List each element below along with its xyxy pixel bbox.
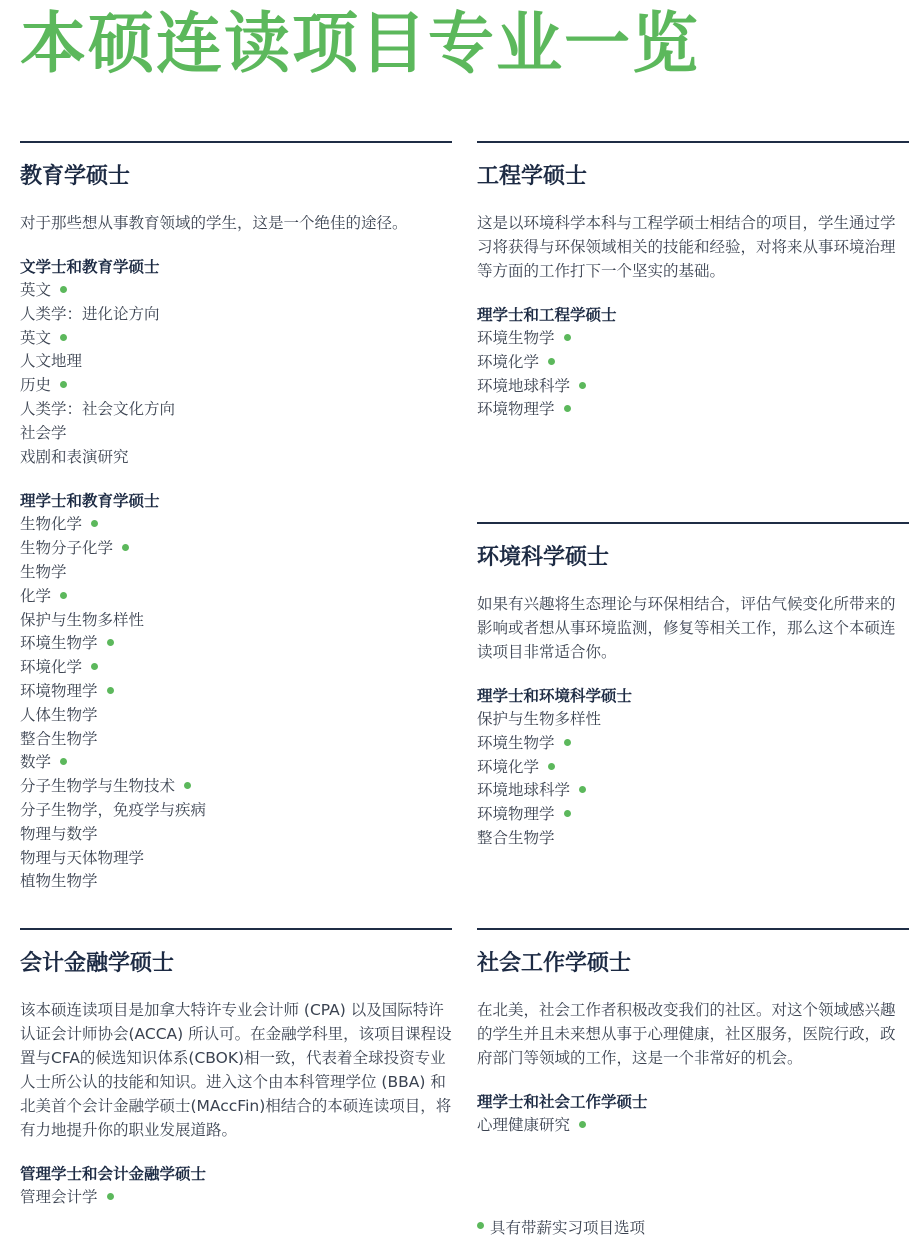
major-item: 保护与生物多样性 — [20, 609, 452, 633]
major-item: 环境物理学 — [477, 398, 909, 422]
major-item: 保护与生物多样性 — [477, 708, 909, 732]
section-description: 这是以环境科学本科与工程学硕士相结合的项目，学生通过学习将获得与环保领域相关的技… — [477, 211, 909, 283]
major-item: 心理健康研究 — [477, 1114, 909, 1138]
program-group-title: 理学士和教育学硕士 — [20, 489, 452, 513]
major-label: 心理健康研究 — [477, 1116, 570, 1134]
major-label: 环境生物学 — [477, 329, 555, 347]
major-label: 环境地球科学 — [477, 781, 570, 799]
major-label: 管理会计学 — [20, 1188, 98, 1206]
section-title: 教育学硕士 — [20, 161, 452, 193]
major-list: 保护与生物多样性环境生物学环境化学环境地球科学环境物理学整合生物学 — [477, 708, 909, 851]
program-groups: 理学士和社会工作学硕士心理健康研究 — [477, 1090, 909, 1138]
green-dot-icon — [60, 758, 67, 765]
section-divider — [477, 141, 909, 143]
green-dot-icon — [579, 1121, 586, 1128]
major-item: 管理会计学 — [20, 1186, 452, 1210]
major-label: 生物分子化学 — [20, 539, 113, 557]
green-dot-icon — [91, 520, 98, 527]
major-label: 历史 — [20, 376, 51, 394]
program-group: 理学士和环境科学硕士保护与生物多样性环境生物学环境化学环境地球科学环境物理学整合… — [477, 684, 909, 851]
major-item: 人类学：社会文化方向 — [20, 398, 452, 422]
green-dot-icon — [184, 782, 191, 789]
section-environmental-science: 环境科学硕士 如果有兴趣将生态理论与环保相结合，评估气候变化所带来的影响或者想从… — [477, 522, 909, 851]
major-item: 人体生物学 — [20, 704, 452, 728]
section-description: 如果有兴趣将生态理论与环保相结合，评估气候变化所带来的影响或者想从事环境监测，修… — [477, 592, 909, 664]
major-label: 环境化学 — [477, 758, 539, 776]
major-label: 人文地理 — [20, 352, 82, 370]
major-label: 人体生物学 — [20, 706, 98, 724]
section-title: 社会工作学硕士 — [477, 948, 909, 980]
major-label: 环境物理学 — [477, 805, 555, 823]
major-list: 心理健康研究 — [477, 1114, 909, 1138]
page-title: 本硕连读项目专业一览 — [20, 4, 700, 84]
green-dot-icon — [60, 381, 67, 388]
major-item: 社会学 — [20, 422, 452, 446]
major-item: 环境物理学 — [477, 803, 909, 827]
major-item: 整合生物学 — [477, 827, 909, 851]
section-description: 该本硕连读项目是加拿大特许专业会计师 (CPA) 以及国际特许认证会计师协会(A… — [20, 998, 452, 1142]
major-item: 物理与数学 — [20, 823, 452, 847]
program-group: 理学士和工程学硕士环境生物学环境化学环境地球科学环境物理学 — [477, 303, 909, 422]
major-label: 环境生物学 — [477, 734, 555, 752]
green-dot-icon — [564, 810, 571, 817]
green-dot-icon — [564, 334, 571, 341]
major-list: 英文人类学：进化论方向英文人文地理历史人类学：社会文化方向社会学戏剧和表演研究 — [20, 279, 452, 469]
major-item: 环境化学 — [477, 756, 909, 780]
green-dot-icon — [107, 687, 114, 694]
major-item: 英文 — [20, 327, 452, 351]
major-label: 环境物理学 — [477, 400, 555, 418]
program-group: 理学士和教育学硕士生物化学生物分子化学生物学化学保护与生物多样性环境生物学环境化… — [20, 489, 452, 894]
major-list: 环境生物学环境化学环境地球科学环境物理学 — [477, 327, 909, 422]
section-title: 环境科学硕士 — [477, 542, 909, 574]
green-dot-icon — [579, 382, 586, 389]
major-label: 英文 — [20, 281, 51, 299]
program-groups: 理学士和环境科学硕士保护与生物多样性环境生物学环境化学环境地球科学环境物理学整合… — [477, 684, 909, 851]
major-item: 植物生物学 — [20, 870, 452, 894]
green-dot-icon — [477, 1222, 484, 1229]
green-dot-icon — [564, 739, 571, 746]
major-item: 整合生物学 — [20, 728, 452, 752]
section-divider — [20, 928, 452, 930]
major-label: 数学 — [20, 753, 51, 771]
major-item: 环境地球科学 — [477, 375, 909, 399]
major-label: 物理与数学 — [20, 825, 98, 843]
major-label: 环境化学 — [20, 658, 82, 676]
major-label: 分子生物学与生物技术 — [20, 777, 175, 795]
major-label: 生物化学 — [20, 515, 82, 533]
major-label: 分子生物学，免疫学与疾病 — [20, 801, 206, 819]
green-dot-icon — [60, 286, 67, 293]
green-dot-icon — [60, 334, 67, 341]
section-social-work: 社会工作学硕士 在北美，社会工作者积极改变我们的社区。对这个领域感兴趣的学生并且… — [477, 928, 909, 1138]
program-group-title: 理学士和社会工作学硕士 — [477, 1090, 909, 1114]
green-dot-icon — [107, 639, 114, 646]
major-label: 环境生物学 — [20, 634, 98, 652]
major-item: 环境生物学 — [20, 632, 452, 656]
major-item: 环境生物学 — [477, 327, 909, 351]
major-label: 人类学：社会文化方向 — [20, 400, 175, 418]
section-description: 在北美，社会工作者积极改变我们的社区。对这个领域感兴趣的学生并且未来想从事于心理… — [477, 998, 909, 1070]
major-item: 分子生物学与生物技术 — [20, 775, 452, 799]
major-item: 人文地理 — [20, 350, 452, 374]
major-label: 环境地球科学 — [477, 377, 570, 395]
program-group: 管理学士和会计金融学硕士管理会计学 — [20, 1162, 452, 1210]
program-groups: 文学士和教育学硕士英文人类学：进化论方向英文人文地理历史人类学：社会文化方向社会… — [20, 255, 452, 894]
major-item: 环境地球科学 — [477, 779, 909, 803]
major-item: 物理与天体物理学 — [20, 847, 452, 871]
major-label: 人类学：进化论方向 — [20, 305, 160, 323]
green-dot-icon — [548, 358, 555, 365]
program-group-title: 理学士和工程学硕士 — [477, 303, 909, 327]
program-groups: 理学士和工程学硕士环境生物学环境化学环境地球科学环境物理学 — [477, 303, 909, 422]
major-label: 生物学 — [20, 563, 67, 581]
major-label: 植物生物学 — [20, 872, 98, 890]
program-group-title: 理学士和环境科学硕士 — [477, 684, 909, 708]
major-item: 英文 — [20, 279, 452, 303]
major-list: 生物化学生物分子化学生物学化学保护与生物多样性环境生物学环境化学环境物理学人体生… — [20, 513, 452, 894]
green-dot-icon — [107, 1193, 114, 1200]
major-item: 环境化学 — [20, 656, 452, 680]
major-label: 整合生物学 — [20, 730, 98, 748]
green-dot-icon — [122, 544, 129, 551]
program-group: 文学士和教育学硕士英文人类学：进化论方向英文人文地理历史人类学：社会文化方向社会… — [20, 255, 452, 469]
section-title: 工程学硕士 — [477, 161, 909, 193]
program-group: 理学士和社会工作学硕士心理健康研究 — [477, 1090, 909, 1138]
major-label: 保护与生物多样性 — [477, 710, 601, 728]
program-groups: 管理学士和会计金融学硕士管理会计学 — [20, 1162, 452, 1210]
major-label: 整合生物学 — [477, 829, 555, 847]
section-divider — [20, 141, 452, 143]
program-group-title: 管理学士和会计金融学硕士 — [20, 1162, 452, 1186]
green-dot-icon — [564, 405, 571, 412]
major-label: 环境化学 — [477, 353, 539, 371]
major-item: 化学 — [20, 585, 452, 609]
major-item: 生物化学 — [20, 513, 452, 537]
major-item: 人类学：进化论方向 — [20, 303, 452, 327]
major-item: 历史 — [20, 374, 452, 398]
green-dot-icon — [91, 663, 98, 670]
section-divider — [477, 522, 909, 524]
section-divider — [477, 928, 909, 930]
major-label: 英文 — [20, 329, 51, 347]
section-title: 会计金融学硕士 — [20, 948, 452, 980]
major-list: 管理会计学 — [20, 1186, 452, 1210]
major-item: 戏剧和表演研究 — [20, 446, 452, 470]
major-item: 生物学 — [20, 561, 452, 585]
major-label: 保护与生物多样性 — [20, 611, 144, 629]
major-label: 物理与天体物理学 — [20, 849, 144, 867]
section-accounting-finance: 会计金融学硕士 该本硕连读项目是加拿大特许专业会计师 (CPA) 以及国际特许认… — [20, 928, 452, 1210]
program-group-title: 文学士和教育学硕士 — [20, 255, 452, 279]
major-label: 环境物理学 — [20, 682, 98, 700]
legend: 具有带薪实习项目选项 — [477, 1216, 645, 1240]
major-item: 环境生物学 — [477, 732, 909, 756]
major-item: 生物分子化学 — [20, 537, 452, 561]
major-item: 环境化学 — [477, 351, 909, 375]
major-item: 环境物理学 — [20, 680, 452, 704]
major-item: 分子生物学，免疫学与疾病 — [20, 799, 452, 823]
major-label: 社会学 — [20, 424, 67, 442]
major-label: 化学 — [20, 587, 51, 605]
green-dot-icon — [579, 786, 586, 793]
section-engineering: 工程学硕士 这是以环境科学本科与工程学硕士相结合的项目，学生通过学习将获得与环保… — [477, 141, 909, 422]
green-dot-icon — [548, 763, 555, 770]
major-item: 数学 — [20, 751, 452, 775]
green-dot-icon — [60, 592, 67, 599]
major-label: 戏剧和表演研究 — [20, 448, 129, 466]
legend-label: 具有带薪实习项目选项 — [490, 1219, 645, 1237]
section-description: 对于那些想从事教育领域的学生，这是一个绝佳的途径。 — [20, 211, 452, 235]
section-education: 教育学硕士 对于那些想从事教育领域的学生，这是一个绝佳的途径。 文学士和教育学硕… — [20, 141, 452, 894]
